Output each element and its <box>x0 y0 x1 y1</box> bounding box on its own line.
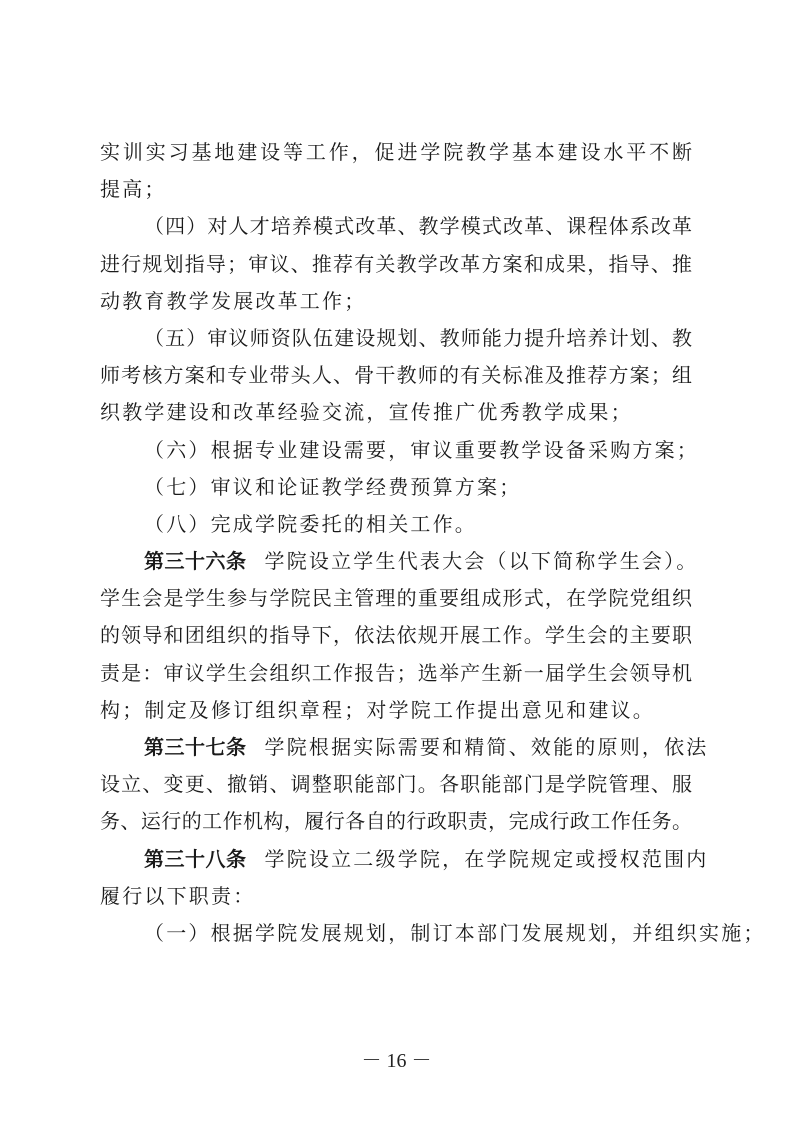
page-number: － 16 － <box>0 1044 793 1073</box>
list-item-8: （八）完成学院委托的相关工作。 <box>100 506 692 543</box>
list-item-5: （五）审议师资队伍建设规划、教师能力提升培养计划、教 <box>100 320 692 357</box>
paragraph-line: 实训实习基地建设等工作，促进学院教学基本建设水平不断 <box>100 134 692 171</box>
article-36-heading: 第三十六条 <box>144 549 247 573</box>
paragraph-line: 提高； <box>100 171 692 208</box>
paragraph-line: 动教育教学发展改革工作； <box>100 283 692 320</box>
list-item-1: （一）根据学院发展规划，制订本部门发展规划，并组织实施； <box>100 915 692 952</box>
article-38-heading: 第三十八条 <box>144 847 247 871</box>
paragraph-line: 构；制定及修订组织章程；对学院工作提出意见和建议。 <box>100 692 692 729</box>
paragraph-line: 设立、变更、撤销、调整职能部门。各职能部门是学院管理、服 <box>100 766 692 803</box>
list-item-7: （七）审议和论证教学经费预算方案； <box>100 469 692 506</box>
paragraph-line: 的领导和团组织的指导下，依法依规开展工作。学生会的主要职 <box>100 617 692 654</box>
paragraph-line: 责是：审议学生会组织工作报告；选举产生新一届学生会领导机 <box>100 655 692 692</box>
list-item-6: （六）根据专业建设需要，审议重要教学设备采购方案； <box>100 432 692 469</box>
list-item-4: （四）对人才培养模式改革、教学模式改革、课程体系改革 <box>100 208 692 245</box>
paragraph-line: 进行规划指导；审议、推荐有关教学改革方案和成果，指导、推 <box>100 246 692 283</box>
article-38-text: 学院设立二级学院，在学院规定或授权范围内 <box>265 847 709 871</box>
paragraph-line: 学生会是学生参与学院民主管理的重要组成形式，在学院党组织 <box>100 580 692 617</box>
article-38-first-line: 第三十八条学院设立二级学院，在学院规定或授权范围内 <box>100 841 692 878</box>
paragraph-line: 织教学建设和改革经验交流，宣传推广优秀教学成果； <box>100 394 692 431</box>
article-36-text: 学院设立学生代表大会（以下简称学生会）。 <box>265 549 699 573</box>
article-36-first-line: 第三十六条学院设立学生代表大会（以下简称学生会）。 <box>100 543 692 580</box>
article-37-heading: 第三十七条 <box>144 735 247 759</box>
article-37-first-line: 第三十七条学院根据实际需要和精简、效能的原则，依法 <box>100 729 692 766</box>
document-page: 实训实习基地建设等工作，促进学院教学基本建设水平不断 提高； （四）对人才培养模… <box>100 134 692 952</box>
paragraph-line: 履行以下职责： <box>100 878 692 915</box>
paragraph-line: 师考核方案和专业带头人、骨干教师的有关标准及推荐方案；组 <box>100 357 692 394</box>
article-37-text: 学院根据实际需要和精简、效能的原则，依法 <box>265 735 709 759</box>
paragraph-line: 务、运行的工作机构，履行各自的行政职责，完成行政工作任务。 <box>100 803 692 840</box>
